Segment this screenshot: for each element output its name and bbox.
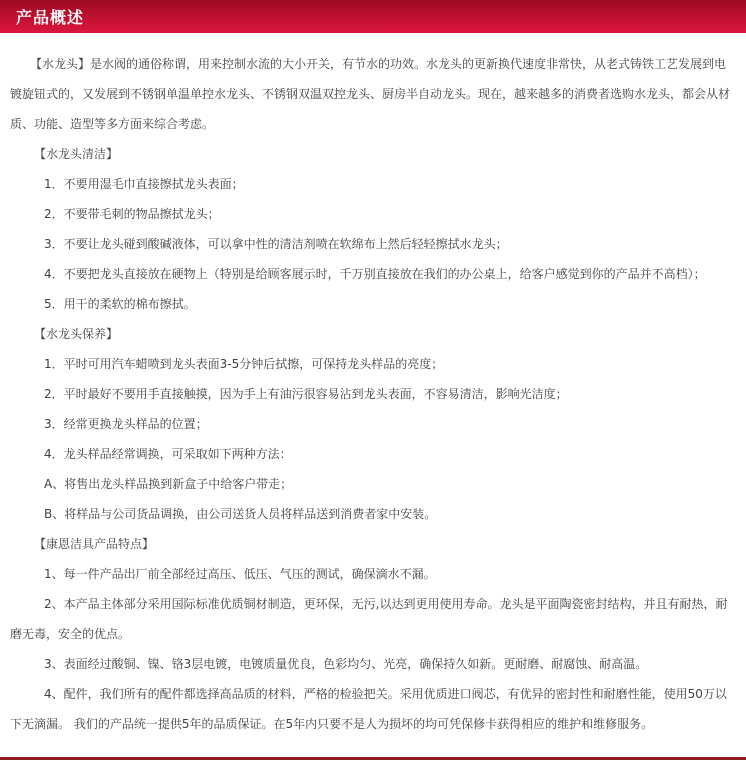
list-item: 5．用干的柔软的棉布擦拭。 bbox=[10, 289, 736, 319]
list-item: 1、每一件产品出厂前全部经过高压、低压、气压的测试，确保滴水不漏。 bbox=[10, 559, 736, 589]
list-item: 3．经常更换龙头样品的位置； bbox=[10, 409, 736, 439]
product-overview-page: 产品概述 【水龙头】是水阀的通俗称谓，用来控制水流的大小开关，有节水的功效。水龙… bbox=[0, 0, 746, 760]
product-description-body: 【水龙头】是水阀的通俗称谓，用来控制水流的大小开关，有节水的功效。水龙头的更新换… bbox=[0, 33, 746, 757]
list-item: 1．不要用湿毛巾直接擦拭龙头表面； bbox=[10, 169, 736, 199]
list-item: 3、表面经过酸铜、镍、铬3层电镀，电镀质量优良，色彩均匀、光亮，确保持久如新。更… bbox=[10, 649, 736, 679]
list-item: 2、本产品主体部分采用国际标准优质铜材制造，更环保，无污,以达到更用使用寿命。龙… bbox=[10, 589, 736, 649]
page-title: 产品概述 bbox=[0, 5, 84, 28]
section-heading-cleaning: 【水龙头清洁】 bbox=[34, 139, 736, 169]
list-item: 3．不要让龙头碰到酸碱液体，可以拿中性的清洁剂喷在软绵布上然后轻轻擦拭水龙头； bbox=[10, 229, 736, 259]
section-heading-features: 【康恩洁具产品特点】 bbox=[34, 529, 736, 559]
section-heading-maintenance: 【水龙头保养】 bbox=[34, 319, 736, 349]
list-item: 2．平时最好不要用手直接触摸，因为手上有油污很容易沾到龙头表面，不容易清洁，影响… bbox=[10, 379, 736, 409]
list-item: 4．龙头样品经常调换，可采取如下两种方法： bbox=[10, 439, 736, 469]
section-title-bar: 产品概述 bbox=[0, 0, 746, 33]
list-item: B、将样品与公司货品调换，由公司送货人员将样品送到消费者家中安装。 bbox=[10, 499, 736, 529]
list-item: 1．平时可用汽车蜡喷到龙头表面3-5分钟后拭擦，可保持龙头样品的亮度； bbox=[10, 349, 736, 379]
intro-paragraph: 【水龙头】是水阀的通俗称谓，用来控制水流的大小开关，有节水的功效。水龙头的更新换… bbox=[10, 49, 736, 139]
list-item: A、将售出龙头样品换到新盒子中给客户带走； bbox=[10, 469, 736, 499]
list-item: 4．不要把龙头直接放在硬物上（特别是给顾客展示时，千万别直接放在我们的办公桌上，… bbox=[10, 259, 736, 289]
list-item: 2．不要带毛刺的物品擦拭龙头； bbox=[10, 199, 736, 229]
list-item: 4、配件，我们所有的配件都选择高品质的材料，严格的检验把关。采用优质进口阀芯，有… bbox=[10, 679, 736, 739]
